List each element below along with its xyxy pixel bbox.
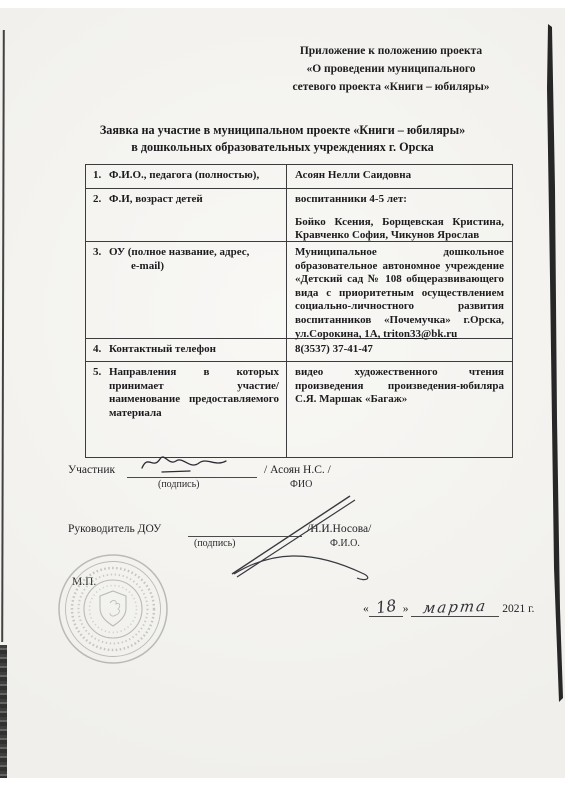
row3-value-cell: Муниципальное дошкольное образовательное… — [287, 242, 512, 338]
row5-label: Направления в которых принимает участие/… — [109, 366, 279, 455]
participant-signature-ink — [136, 448, 232, 476]
table-row-teacher-name: 1. Ф.И.О., педагога (полностью), Асоян Н… — [86, 165, 512, 189]
table-row-phone: 4. Контактный телефон 8(3537) 37-41-47 — [86, 339, 512, 362]
row3-label-cell: 3. ОУ (полное название, адрес, e-mail) — [86, 242, 287, 338]
institution-value: Муниципальное дошкольное образовательное… — [295, 246, 504, 341]
participant-name: / Асоян Н.С. / — [264, 464, 331, 476]
head-label: Руководитель ДОУ — [68, 523, 161, 535]
row4-label: Контактный телефон — [109, 343, 279, 359]
scan-artifact-right-wedge — [540, 18, 565, 718]
row4-value-cell: 8(3537) 37-41-47 — [287, 339, 512, 361]
application-form-table: 1. Ф.И.О., педагога (полностью), Асоян Н… — [85, 164, 513, 458]
row2-label-cell: 2. Ф.И, возраст детей — [86, 189, 287, 241]
row5-value-cell: видео художественного чтения произведени… — [287, 362, 512, 457]
date-month-underline: марта — [411, 598, 499, 617]
date-year: 2021 г. — [502, 603, 534, 615]
row2-number: 2. — [93, 193, 109, 239]
row5-label-cell: 5. Направления в которых принимает участ… — [86, 362, 287, 457]
document-title-line2: в дошкольных образовательных учреждениях… — [40, 139, 525, 156]
header-note-line3: сетевого проекта «Книги – юбиляры» — [268, 78, 514, 96]
table-row-direction: 5. Направления в которых принимает участ… — [86, 362, 512, 457]
material-value: видео художественного чтения произведени… — [295, 366, 504, 407]
row1-label-cell: 1. Ф.И.О., педагога (полностью), — [86, 165, 287, 188]
header-note-line1: Приложение к положению проекта — [268, 42, 514, 60]
row3-label-line2: e-mail) — [109, 260, 279, 274]
date-month-handwritten: марта — [422, 597, 489, 617]
phone-value: 8(3537) 37-41-47 — [295, 343, 373, 355]
row1-label: Ф.И.О., педагога (полностью), — [109, 169, 279, 186]
date-day-handwritten: 18 — [374, 596, 397, 618]
scan-artifact-left-band — [0, 645, 7, 778]
row5-number: 5. — [93, 366, 109, 455]
row3-label-line1: ОУ (полное название, адрес, — [109, 246, 249, 258]
institution-email: triton33@bk.ru — [383, 328, 457, 340]
table-row-children: 2. Ф.И, возраст детей воспитанники 4-5 л… — [86, 189, 512, 242]
row1-number: 1. — [93, 169, 109, 186]
scanned-document-page: Приложение к положению проекта «О провед… — [0, 0, 565, 800]
children-names-value: Бойко Ксения, Борщевская Кристина, Кравч… — [295, 216, 504, 243]
header-note-line2: «О проведении муниципального — [268, 60, 514, 78]
date-day-underline: 18 — [369, 597, 403, 617]
head-signature-ink — [182, 488, 387, 588]
teacher-name-value: Асоян Нелли Саидовна — [295, 169, 411, 181]
institution-text: Муниципальное дошкольное образовательное… — [295, 246, 504, 340]
header-note: Приложение к положению проекта «О провед… — [268, 42, 514, 96]
document-title: Заявка на участие в муниципальном проект… — [40, 122, 525, 156]
row2-value-cell: воспитанники 4-5 лет: Бойко Ксения, Борщ… — [287, 189, 512, 241]
children-age-intro: воспитанники 4-5 лет: — [295, 193, 504, 207]
row4-number: 4. — [93, 343, 109, 359]
table-row-institution: 3. ОУ (полное название, адрес, e-mail) М… — [86, 242, 512, 339]
stamp-seal — [52, 550, 174, 668]
date-close-quote: » — [403, 603, 409, 615]
date-line: «18» марта 2021 г. — [363, 597, 534, 617]
row4-label-cell: 4. Контактный телефон — [86, 339, 287, 361]
participant-label: Участник — [68, 464, 115, 476]
row3-label: ОУ (полное название, адрес, e-mail) — [109, 246, 279, 336]
row2-label: Ф.И, возраст детей — [109, 193, 279, 239]
row3-number: 3. — [93, 246, 109, 336]
row1-value-cell: Асоян Нелли Саидовна — [287, 165, 512, 188]
document-title-line1: Заявка на участие в муниципальном проект… — [40, 122, 525, 139]
